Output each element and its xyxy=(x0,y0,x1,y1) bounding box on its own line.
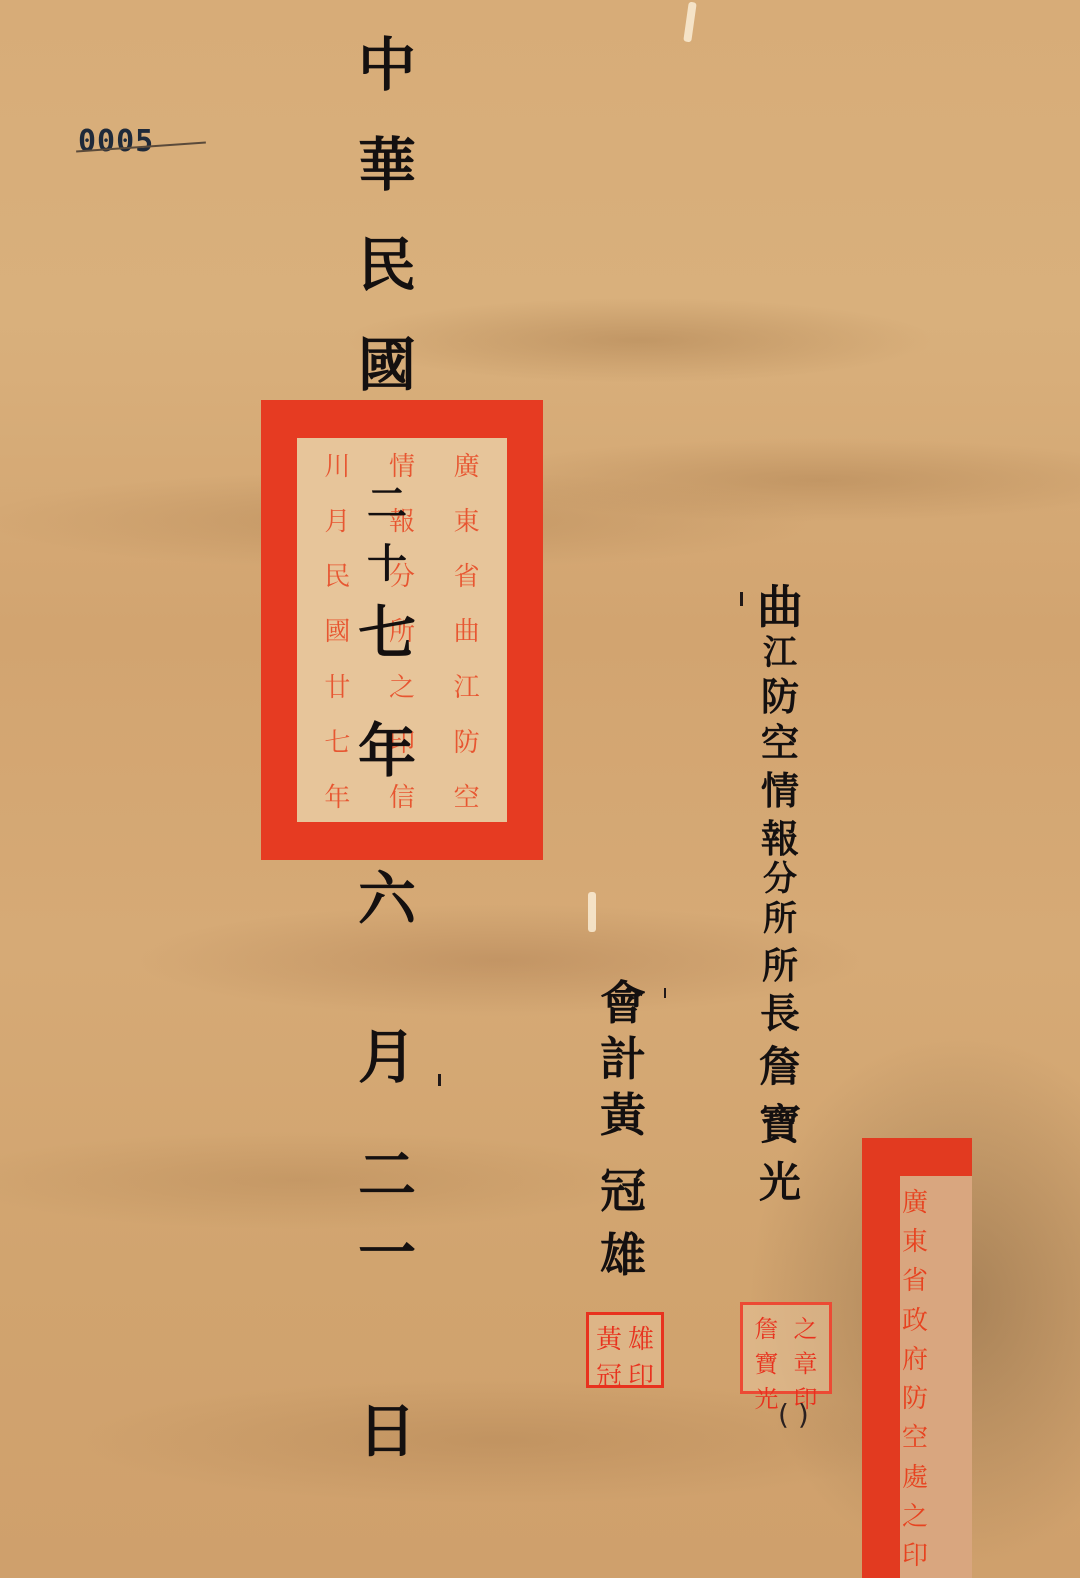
director-char: 曲 xyxy=(757,584,803,630)
director-char: 空 xyxy=(761,724,799,762)
ink-tick xyxy=(740,592,743,606)
seal-char: 防 xyxy=(454,722,480,759)
seal-char: 曲 xyxy=(454,611,480,648)
seal-char: 之 xyxy=(786,1309,825,1344)
date-char: 年 xyxy=(358,722,416,780)
paren-mark: ( ) xyxy=(778,1398,809,1431)
seal-char: 寶 xyxy=(747,1344,786,1379)
seal-char: 印 xyxy=(625,1356,657,1393)
seal-char: 處 xyxy=(902,1457,970,1494)
director-char: 詹 xyxy=(759,1046,801,1088)
director-char: 江 xyxy=(763,636,797,670)
seal-char: 七 xyxy=(324,722,350,759)
seal-char: 黃 xyxy=(593,1319,625,1356)
glare-mark xyxy=(588,892,596,932)
accountant-char: 雄 xyxy=(600,1232,646,1278)
seal-char: 冠 xyxy=(593,1356,625,1393)
director-signature-column: 曲 江 防 空 情 報 分 所 所 長 詹 寶 光 xyxy=(748,584,812,1204)
seal-char: 雄 xyxy=(625,1319,657,1356)
seal-char: 省 xyxy=(454,556,480,593)
seal-char: 府 xyxy=(902,1339,970,1376)
date-char: 民 xyxy=(358,236,416,294)
director-char: 情 xyxy=(761,772,799,810)
accountant-char: 黃 xyxy=(600,1092,646,1138)
seal-char: 年 xyxy=(324,777,350,814)
date-char: 七 xyxy=(358,604,416,662)
seal-char: 空 xyxy=(454,777,480,814)
director-char: 分 xyxy=(763,862,797,896)
seal-char: 廿 xyxy=(324,667,350,704)
seal-char: 廣 xyxy=(902,1182,970,1219)
date-char: 月 xyxy=(358,1028,416,1086)
date-char: 中 xyxy=(358,36,416,94)
ink-tick xyxy=(664,988,666,998)
seal-char: 防 xyxy=(902,1378,970,1415)
seal-char: 廣 xyxy=(454,446,480,483)
seal-char: 印 xyxy=(902,1535,970,1572)
seal-char: 章 xyxy=(786,1344,825,1379)
date-char: 一 xyxy=(358,1224,416,1282)
accountant-seal: 黃 冠 雄 印 xyxy=(586,1312,664,1388)
seal-char: 月 xyxy=(324,501,350,538)
archive-number-text: 0005 xyxy=(78,124,154,159)
seal-char: 民 xyxy=(324,556,350,593)
director-char: 光 xyxy=(759,1162,801,1204)
seal-char: 國 xyxy=(324,611,350,648)
seal-char: 東 xyxy=(902,1221,970,1258)
seal-char: 東 xyxy=(454,501,480,538)
accountant-signature-column: 會 計 黃 冠 雄 xyxy=(586,980,660,1278)
archive-number: 0005 xyxy=(78,124,154,159)
ink-tick xyxy=(438,1074,441,1086)
seal-char: 詹 xyxy=(747,1309,786,1344)
seal-inner: 廣 東 省 政 府 防 空 處 之 印 xyxy=(900,1176,972,1578)
seal-column: 川 月 民 國 廿 七 年 xyxy=(324,446,350,814)
date-char: 二 xyxy=(358,1146,416,1204)
director-char: 防 xyxy=(761,678,799,716)
seal-char: 省 xyxy=(902,1260,970,1297)
seal-char: 江 xyxy=(454,667,480,704)
accountant-char: 會 xyxy=(600,980,646,1026)
accountant-char: 冠 xyxy=(600,1168,646,1214)
director-char: 所 xyxy=(762,948,798,984)
edge-seal: 廣 東 省 政 府 防 空 處 之 印 xyxy=(862,1138,972,1578)
seal-char: 之 xyxy=(902,1496,970,1533)
date-char: 日 xyxy=(358,1402,416,1460)
date-char: 二 xyxy=(367,484,407,524)
date-char: 六 xyxy=(358,870,416,928)
date-column: 中 華 民 國 二 十 七 年 六 月 二 一 日 xyxy=(352,36,422,1460)
seal-char: 空 xyxy=(902,1417,970,1454)
director-char: 長 xyxy=(760,994,800,1034)
director-seal: 詹 寶 光 之 章 印 xyxy=(740,1302,832,1394)
director-char: 報 xyxy=(761,820,799,858)
date-char: 國 xyxy=(358,336,416,394)
director-char: 寶 xyxy=(759,1104,801,1146)
accountant-char: 計 xyxy=(600,1036,646,1082)
seal-char: 政 xyxy=(902,1300,970,1337)
date-char: 十 xyxy=(367,544,407,584)
seal-char: 川 xyxy=(324,446,350,483)
seal-column: 廣 東 省 曲 江 防 空 xyxy=(454,446,480,814)
director-char: 所 xyxy=(763,902,797,936)
date-char: 華 xyxy=(358,136,416,194)
